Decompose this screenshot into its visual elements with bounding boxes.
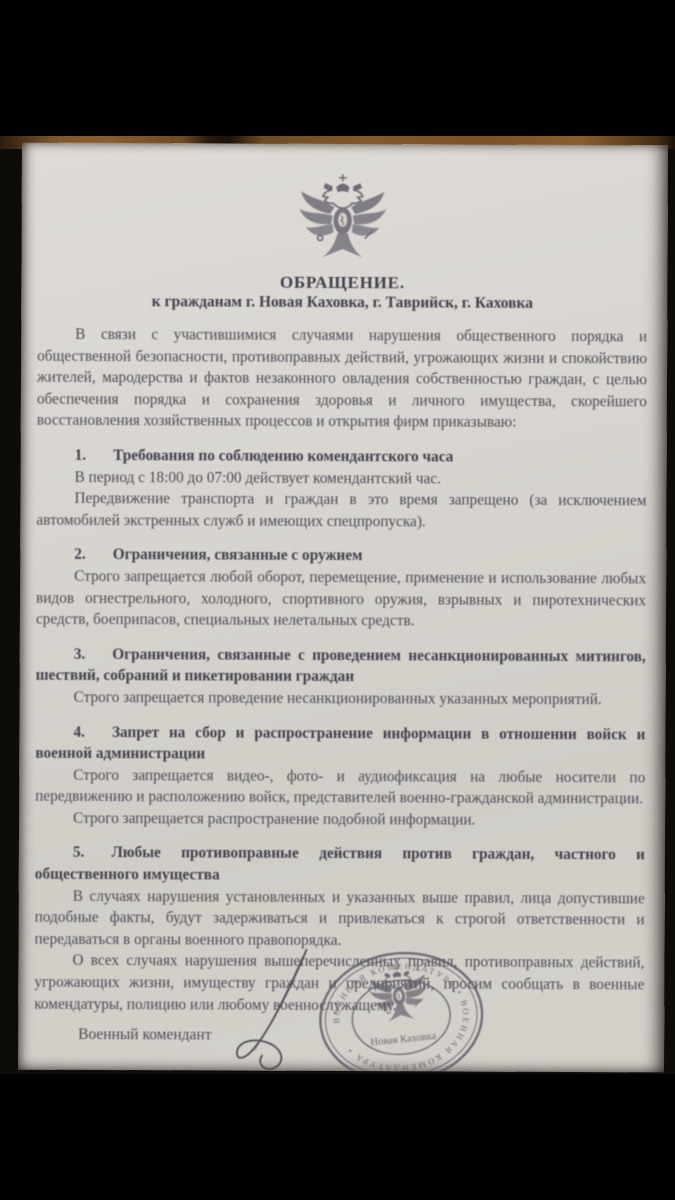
- section-1-heading-text: Требования по соблюдению комендантского …: [113, 447, 453, 465]
- section-2-heading: 2.Ограничения, связанные с оружием: [36, 544, 646, 568]
- section-3: 3.Ограничения, связанные с проведением н…: [36, 643, 646, 710]
- photo-of-document: ОБРАЩЕНИЕ. к гражданам г. Новая Каховка,…: [0, 0, 675, 1200]
- intro-paragraph: В связи с участившимися случаями нарушен…: [37, 324, 647, 435]
- section-3-paragraph-1: Строго запрещается проведение несанкцион…: [36, 687, 646, 711]
- section-5-paragraph-1: В случаях нарушения установленных и указ…: [35, 885, 645, 952]
- section-1-paragraph-1: В период с 18:00 до 07:00 действует коме…: [37, 466, 647, 490]
- section-2-number: 2.: [74, 546, 86, 563]
- section-4: 4.Запрет на сбор и распространение инфор…: [35, 721, 645, 832]
- section-1-paragraph-2: Передвижение транспорта и граждан в это …: [36, 488, 646, 534]
- section-2-paragraph-1: Строго запрещается любой оборот, перемещ…: [36, 566, 646, 633]
- section-1-number: 1.: [75, 447, 87, 464]
- document-addressees: к гражданам г. Новая Каховка, г. Таврийс…: [37, 293, 647, 314]
- section-4-paragraph-1: Строго запрещается видео-, фото- и аудио…: [35, 764, 645, 810]
- document-content: ОБРАЩЕНИЕ. к гражданам г. Новая Каховка,…: [34, 166, 648, 1073]
- round-stamp: ВОЕННАЯ КОМЕНДАТУРА • ВОЕННАЯ КОМЕНДАТУР…: [309, 941, 494, 1072]
- section-3-heading-text: Ограничения, связанные с проведением нес…: [36, 646, 646, 686]
- section-2: 2.Ограничения, связанные с оружием Строг…: [36, 544, 646, 633]
- stamp-center-text: Новая Каховка: [370, 1031, 437, 1049]
- section-2-heading-text: Ограничения, связанные с оружием: [113, 546, 363, 564]
- section-4-heading-text: Запрет на сбор и распространение информа…: [35, 723, 645, 762]
- section-3-number: 3.: [74, 646, 86, 663]
- section-4-number: 4.: [73, 723, 85, 740]
- section-4-heading: 4.Запрет на сбор и распространение инфор…: [35, 721, 645, 767]
- section-3-heading: 3.Ограничения, связанные с проведением н…: [36, 643, 646, 689]
- section-1: 1.Требования по соблюдению комендантског…: [36, 445, 646, 534]
- signatory-title: Военный комендант: [78, 1026, 211, 1045]
- section-5-number: 5.: [73, 844, 85, 861]
- section-1-heading: 1.Требования по соблюдению комендантског…: [37, 445, 647, 469]
- section-5-heading-text: Любые противоправные действия против гра…: [35, 844, 645, 883]
- document-page: ОБРАЩЕНИЕ. к гражданам г. Новая Каховка,…: [18, 143, 668, 1073]
- document-title: ОБРАЩЕНИЕ.: [37, 272, 647, 295]
- section-4-paragraph-2: Строго запрещается распространение подоб…: [35, 808, 645, 832]
- section-5-heading: 5.Любые противоправные действия против г…: [35, 842, 645, 888]
- coat-of-arms-icon: [292, 167, 392, 271]
- letterbox-bar-bottom: [0, 1074, 675, 1200]
- photo-background: ОБРАЩЕНИЕ. к гражданам г. Новая Каховка,…: [0, 136, 675, 1074]
- letterbox-bar-top: [0, 0, 675, 136]
